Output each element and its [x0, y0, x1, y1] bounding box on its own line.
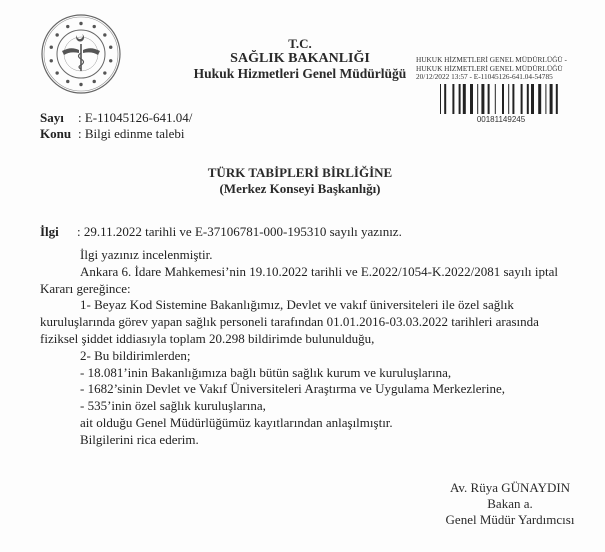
header-tc: T.C.: [180, 36, 420, 51]
document-barcode-stamp: HUKUK HİZMETLERİ GENEL MÜDÜRLÜĞÜ - HUKUK…: [416, 56, 602, 124]
body-list-item: - 18.081’inin Bakanlığımıza bağlı bütün …: [40, 365, 580, 382]
sayi-value: : E-11045126-641.04/: [78, 110, 192, 126]
ministry-seal-logo: [40, 13, 122, 95]
letterhead: T.C. SAĞLIK BAKANLIĞI Hukuk Hizmetleri G…: [180, 36, 420, 81]
ilgi-value: : 29.11.2022 tarihli ve E-37106781-000-1…: [77, 224, 402, 240]
body-paragraph: 1- Beyaz Kod Sistemine Bakanlığımız, Dev…: [40, 297, 580, 347]
body-paragraph: ait olduğu Genel Müdürlüğümüz kayıtların…: [40, 415, 580, 432]
recipient: TÜRK TABİPLERİ BİRLİĞİNE (Merkez Konseyi…: [150, 165, 450, 197]
reference-line: İlgi : 29.11.2022 tarihli ve E-37106781-…: [40, 224, 402, 240]
body-paragraph: İlgi yazınız incelenmiştir.: [40, 247, 580, 264]
body-list-item: - 535’inin özel sağlık kuruluşlarına,: [40, 398, 580, 415]
recipient-unit: (Merkez Konseyi Başkanlığı): [150, 181, 450, 197]
body-paragraph: Ankara 6. İdare Mahkemesi’nin 19.10.2022…: [40, 264, 580, 298]
signatory-name: Av. Rüya GÜNAYDIN: [430, 480, 590, 496]
signatory-on-behalf: Bakan a.: [430, 496, 590, 512]
signature-block: Av. Rüya GÜNAYDIN Bakan a. Genel Müdür Y…: [430, 480, 590, 528]
recipient-name: TÜRK TABİPLERİ BİRLİĞİNE: [150, 165, 450, 181]
signatory-title: Genel Müdür Yardımcısı: [430, 512, 590, 528]
barcode-line-3: 20/12/2022 13:57 - E-11045126-641.04-547…: [416, 73, 602, 82]
header-directorate: Hukuk Hizmetleri Genel Müdürlüğü: [180, 66, 420, 81]
konu-label: Konu: [40, 126, 78, 142]
barcode-icon: [440, 84, 560, 114]
ministry-of-health-seal-icon: [40, 13, 122, 95]
body-paragraph: 2- Bu bildirimlerden;: [40, 348, 580, 365]
ilgi-label: İlgi: [40, 224, 77, 240]
header-ministry: SAĞLIK BAKANLIĞI: [180, 51, 420, 66]
body-list-item: - 1682’sinin Devlet ve Vakıf Üniversitel…: [40, 381, 580, 398]
konu-value: : Bilgi edinme talebi: [78, 126, 185, 142]
document-meta: Sayı : E-11045126-641.04/ Konu : Bilgi e…: [40, 110, 192, 142]
letter-body: İlgi yazınız incelenmiştir. Ankara 6. İd…: [40, 247, 580, 449]
body-paragraph: Bilgilerini rica ederim.: [40, 432, 580, 449]
barcode-number: 00181149245: [426, 115, 576, 124]
sayi-label: Sayı: [40, 110, 78, 126]
